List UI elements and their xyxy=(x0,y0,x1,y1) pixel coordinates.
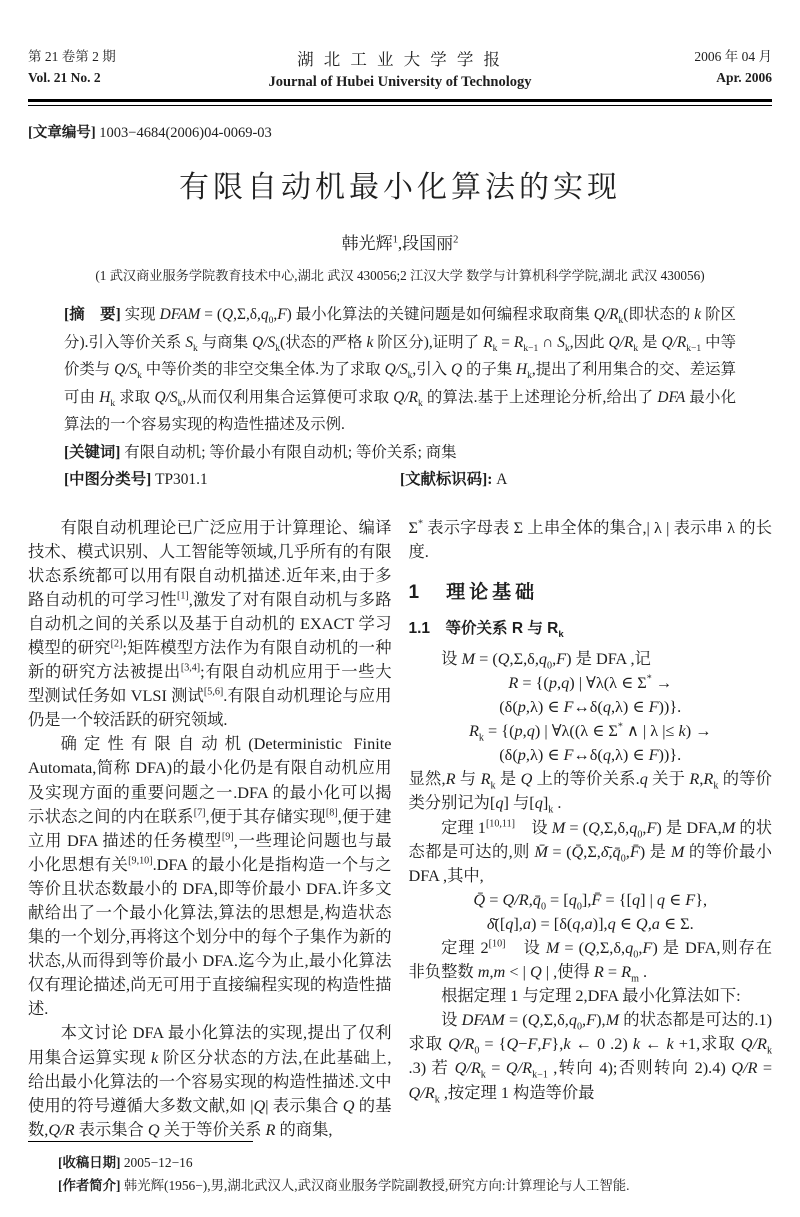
formula-r-line-1: R = {(p,q) | ∀λ(λ ∈ Σ* → xyxy=(409,671,773,695)
author-bio-line: [作者简介] 韩光辉(1956−),男,湖北武汉人,武汉商业服务学院副教授,研究… xyxy=(28,1174,772,1197)
section-1-1-heading: 1.1 等价关系 R 与 Rk xyxy=(409,617,773,641)
formula-rk-line-2: (δ(p,λ) ∈ F↔δ(q,λ) ∈ F))}. xyxy=(409,743,773,767)
header-issue-block: 第 21 卷第 2 期 Vol. 21 No. 2 xyxy=(28,46,198,88)
footer-divider xyxy=(28,1141,253,1142)
issue-volume-cn: 第 21 卷第 2 期 xyxy=(28,46,198,67)
abstract-block: [摘 要] 实现 DFAM = (Q,Σ,δ,q0,F) 最小化算法的关键问题是… xyxy=(64,301,736,439)
affiliation-line: (1 武汉商业服务学院教育技术中心,湖北 武汉 430056;2 江汉大学 数学… xyxy=(28,265,772,284)
classification-row: [中图分类号] TP301.1 [文献标识码]: A xyxy=(64,466,736,494)
intro-paragraph-3: 本文讨论 DFA 最小化算法的实现,提出了仅利用集合运算实现 k 阶区分状态的方… xyxy=(28,1021,392,1141)
abstract-text: 实现 DFAM = (Q,Σ,δ,q0,F) 最小化算法的关键问题是如何编程求取… xyxy=(64,306,736,433)
section-1-heading: 1 理论基础 xyxy=(409,581,773,605)
keywords-line: [关键词] 有限自动机; 等价最小有限自动机; 等价关系; 商集 xyxy=(64,439,736,467)
theorem-2-paragraph: 定理 2[10] 设 M = (Q,Σ,δ,q0,F) 是 DFA,则存在非负整… xyxy=(409,936,773,984)
keywords-label: [关键词] xyxy=(64,444,120,461)
left-column: 有限自动机理论已广泛应用于计算理论、编译技术、模式识别、人工智能等领域,几乎所有… xyxy=(28,516,392,1142)
abstract-label: [摘 要] xyxy=(64,306,121,323)
doc-code-value: A xyxy=(496,471,507,488)
theorem-1-paragraph: 定理 1[10,11] 设 M = (Q,Σ,δ,q0,F) 是 DFA,M 的… xyxy=(409,816,773,888)
journal-title-en: Journal of Hubei University of Technolog… xyxy=(198,74,602,91)
issue-date-en: Apr. 2006 xyxy=(602,67,772,88)
header-date-block: 2006 年 04 月 Apr. 2006 xyxy=(602,46,772,88)
formula-rk-line-1: Rk = {(p,q) | ∀λ((λ ∈ Σ* ∧ | λ |≤ k) → xyxy=(409,719,773,743)
journal-header: 第 21 卷第 2 期 Vol. 21 No. 2 湖 北 工 业 大 学 学 … xyxy=(28,46,772,91)
author-bio-value: 韩光辉(1956−),男,湖北武汉人,武汉商业服务学院副教授,研究方向:计算理论… xyxy=(124,1178,630,1193)
equivalence-note-paragraph: 显然,R 与 Rk 是 Q 上的等价关系.q 关于 R,Rk 的等价类分别记为[… xyxy=(409,767,773,815)
page-footer: [收稿日期] 2005−12−16 [作者简介] 韩光辉(1956−),男,湖北… xyxy=(28,1141,772,1197)
clc-label: [中图分类号] xyxy=(64,471,151,488)
article-number-label: [文章编号] xyxy=(28,125,96,141)
right-column: Σ* 表示字母表 Σ 上串全体的集合,| λ | 表示串 λ 的长度. 1 理论… xyxy=(409,516,773,1142)
intro-paragraph-1: 有限自动机理论已广泛应用于计算理论、编译技术、模式识别、人工智能等领域,几乎所有… xyxy=(28,516,392,733)
journal-title-cn: 湖 北 工 业 大 学 学 报 xyxy=(198,46,602,70)
issue-date-cn: 2006 年 04 月 xyxy=(602,46,772,67)
definition-paragraph: 设 M = (Q,Σ,δ,q0,F) 是 DFA ,记 xyxy=(409,647,773,671)
article-number-value: 1003−4684(2006)04-0069-03 xyxy=(99,125,272,141)
article-number-line: [文章编号] 1003−4684(2006)04-0069-03 xyxy=(28,121,772,142)
clc-item: [中图分类号] TP301.1 xyxy=(64,466,400,494)
issue-volume-en: Vol. 21 No. 2 xyxy=(28,67,198,88)
received-date-value: 2005−12−16 xyxy=(124,1155,193,1170)
two-column-body: 有限自动机理论已广泛应用于计算理论、编译技术、模式识别、人工智能等领域,几乎所有… xyxy=(28,516,772,1142)
algorithm-steps-paragraph: 设 DFAM = (Q,Σ,δ,q0,F),M 的状态都是可达的.1) 求取 Q… xyxy=(409,1008,773,1104)
author-bio-label: [作者简介] xyxy=(58,1178,120,1193)
keywords-text: 有限自动机; 等价最小有限自动机; 等价关系; 商集 xyxy=(124,444,456,461)
header-divider xyxy=(28,99,772,106)
intro-paragraph-4: Σ* 表示字母表 Σ 上串全体的集合,| λ | 表示串 λ 的长度. xyxy=(409,516,773,564)
algorithm-intro-paragraph: 根据定理 1 与定理 2,DFA 最小化算法如下: xyxy=(409,984,773,1008)
paper-title: 有限自动机最小化算法的实现 xyxy=(28,162,772,206)
received-date-label: [收稿日期] xyxy=(58,1155,120,1170)
doc-code-label: [文献标识码]: xyxy=(400,471,492,488)
journal-page: 第 21 卷第 2 期 Vol. 21 No. 2 湖 北 工 业 大 学 学 … xyxy=(0,0,800,1217)
theorem-1-formula-2: δ̄([q],a) = [δ(q,a)],q ∈ Q,a ∈ Σ. xyxy=(409,912,773,936)
intro-paragraph-2: 确定性有限自动机(Deterministic Finite Automata,简… xyxy=(28,732,392,1021)
theorem-1-formula-1: Q̄ = Q/R,q̄0 = [q0],F̄ = {[q] | q ∈ F}, xyxy=(409,888,773,912)
clc-value: TP301.1 xyxy=(155,471,208,488)
journal-title-block: 湖 北 工 业 大 学 学 报 Journal of Hubei Univers… xyxy=(198,46,602,91)
received-date-line: [收稿日期] 2005−12−16 xyxy=(28,1151,772,1174)
formula-r-line-2: (δ(p,λ) ∈ F↔δ(q,λ) ∈ F))}. xyxy=(409,695,773,719)
authors-line: 韩光辉1,段国丽2 xyxy=(28,229,772,254)
doc-code-item: [文献标识码]: A xyxy=(400,466,507,494)
